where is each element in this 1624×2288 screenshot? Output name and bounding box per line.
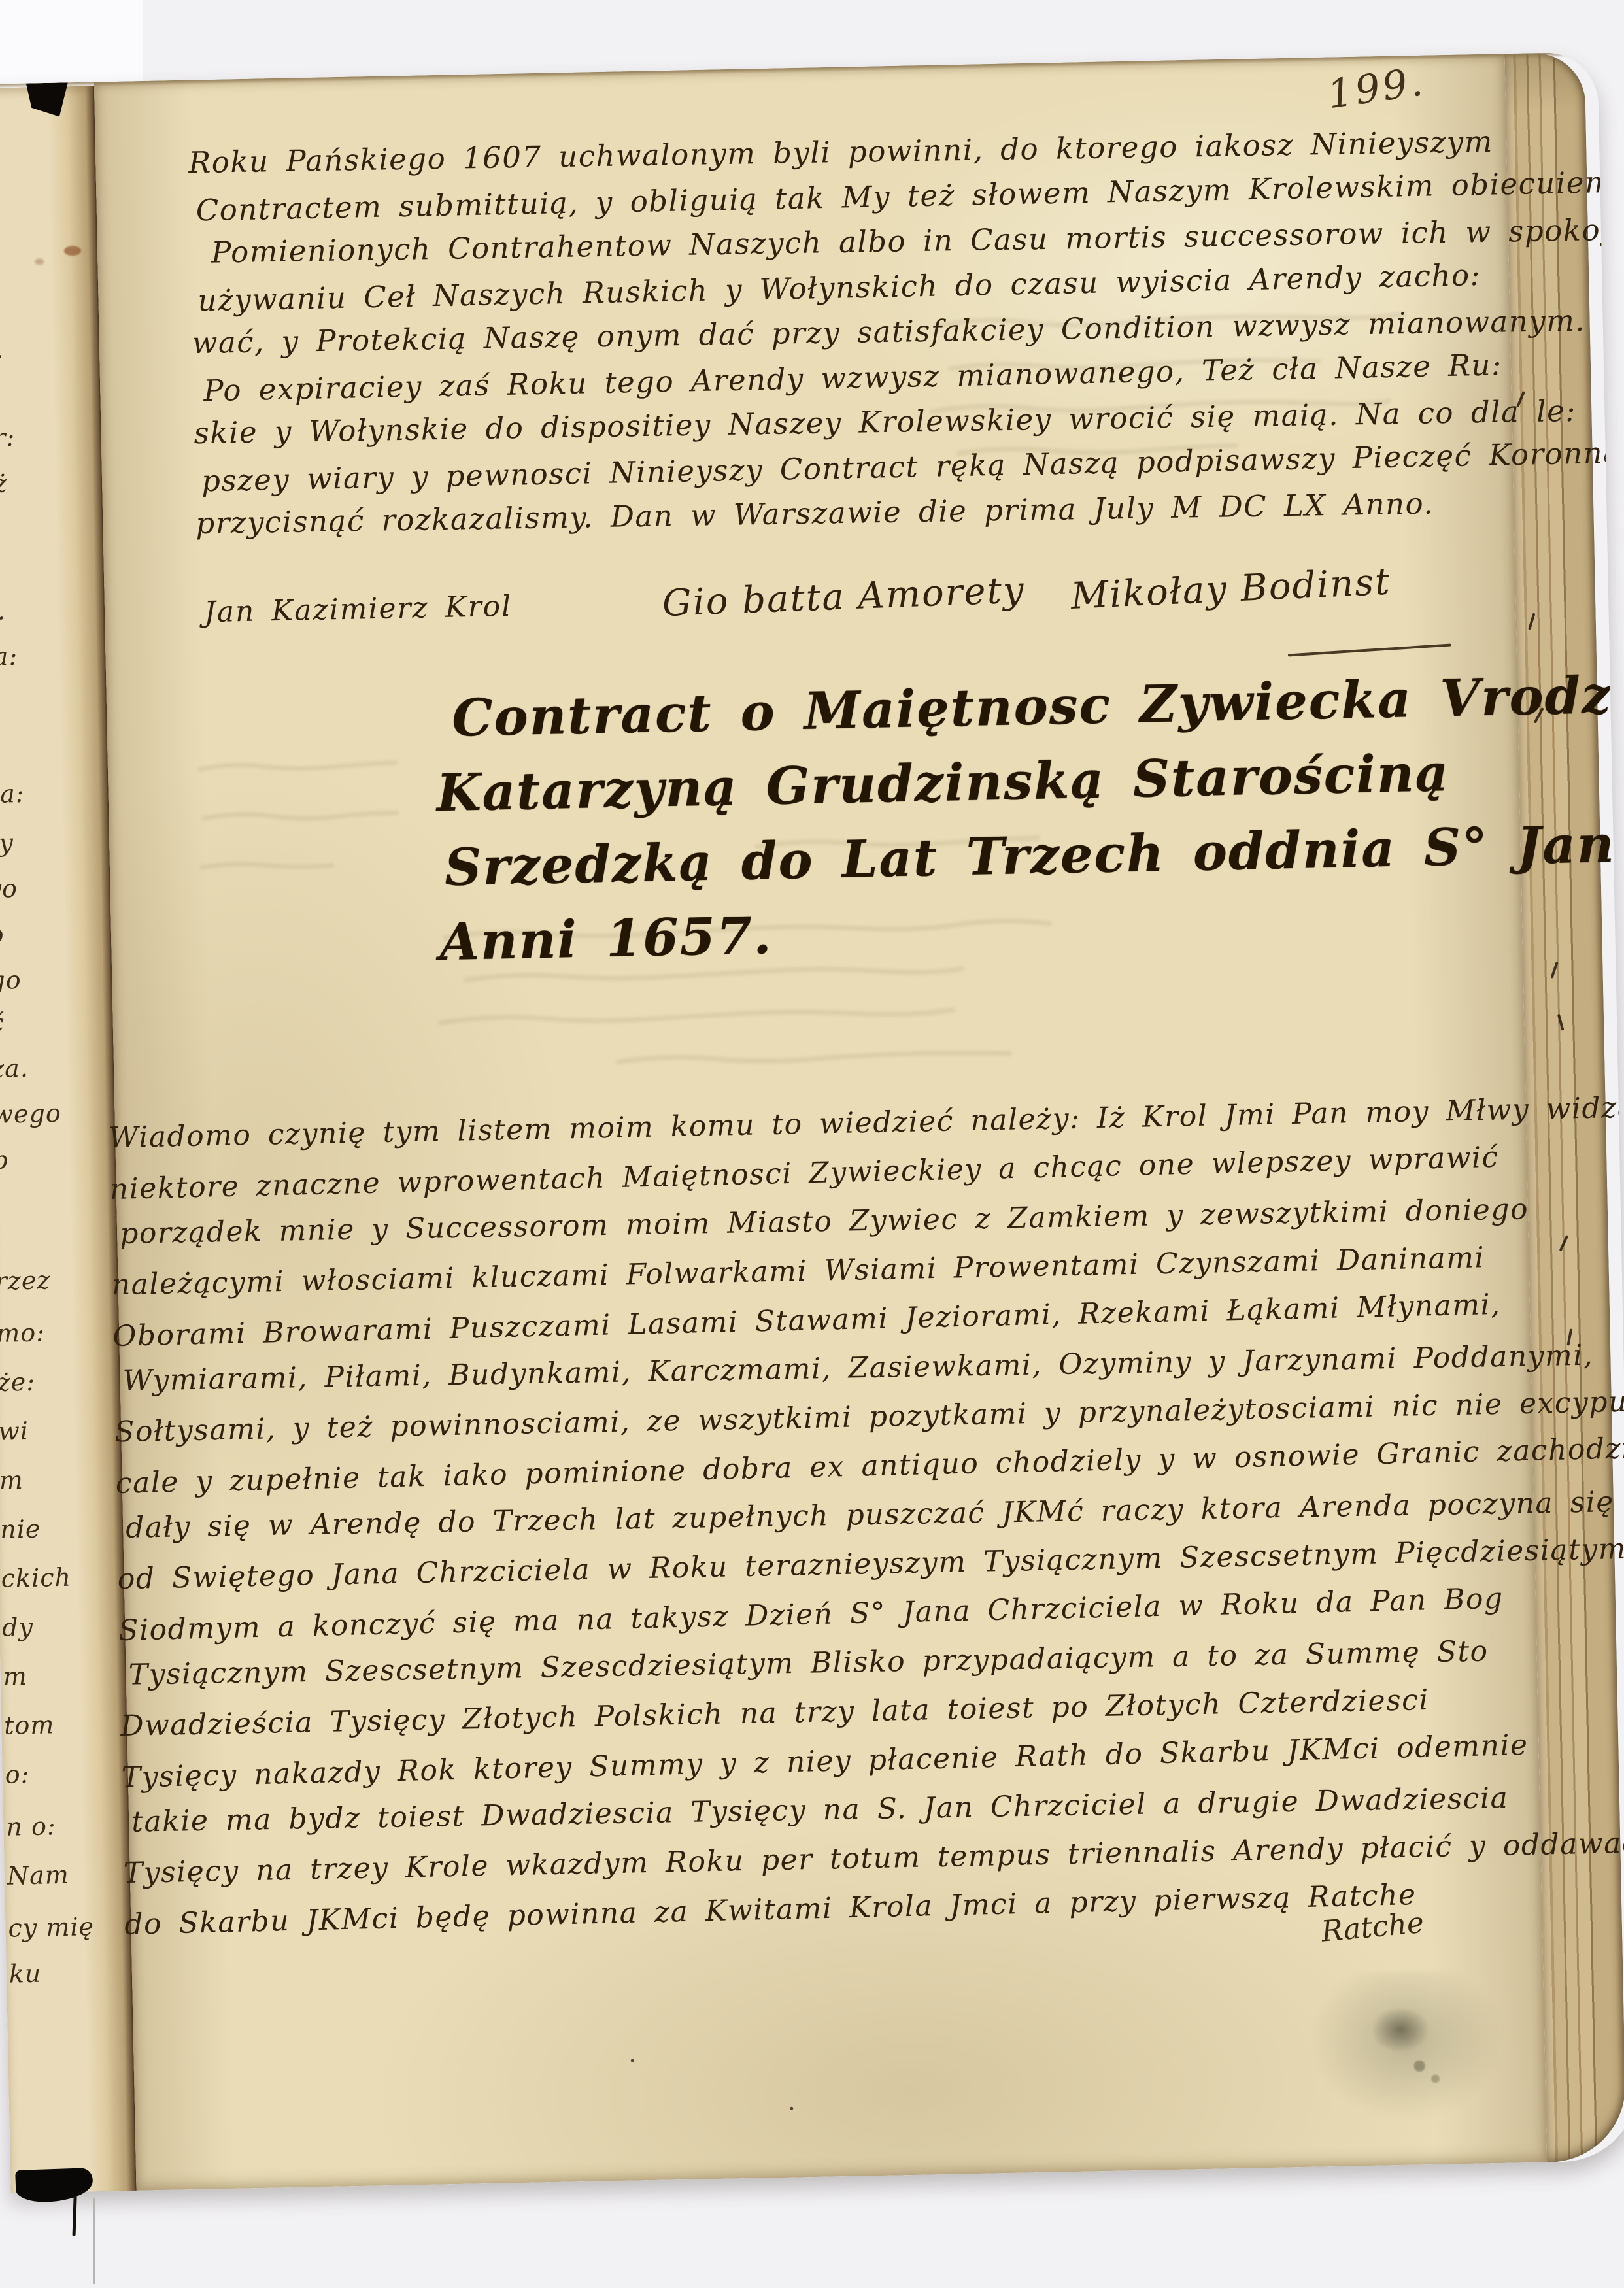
facing-page-fragment: m [0, 1466, 24, 1495]
facing-page-fragment: b [0, 1145, 10, 1174]
facing-page-fragment: ta: [0, 642, 18, 671]
facing-page-fragment: ć [0, 1009, 5, 1037]
scanner-seam-line [93, 2198, 95, 2284]
king-signature: Jan Kazimierz Krol [204, 590, 513, 629]
facing-page-fragment: yo [0, 874, 18, 903]
facing-page-fragment: rzez [0, 1266, 51, 1296]
manuscript-scan: 199. Roku Pańskiego 1607 uchwalonym byli… [0, 0, 1624, 2288]
book-page: 199. Roku Pańskiego 1607 uchwalonym byli… [0, 52, 1624, 2193]
royal-grant-paragraph: Roku Pańskiego 1607 uchwalonym byli powi… [195, 113, 1624, 549]
facing-page-fragment: nie [0, 1515, 41, 1544]
facing-page-fragment: Nam [7, 1860, 69, 1891]
facing-page-fragment: cy mię [8, 1912, 94, 1943]
facing-page-fragment: dy [2, 1613, 34, 1642]
facing-page-fragment: za. [0, 1054, 29, 1083]
scanner-corner-sheet [0, 0, 143, 93]
facing-page-fragment: wego [0, 1099, 61, 1129]
facing-page-fragment: ku [8, 1959, 41, 1989]
paper-speck [790, 2107, 793, 2110]
facing-page-fragment: b [0, 920, 5, 949]
facing-page-fragment: er: [0, 423, 16, 452]
facing-page-fragment: tom [4, 1710, 55, 1740]
facing-page-fragment: va: [0, 779, 25, 809]
facing-page-fragment: go [0, 966, 22, 995]
facing-page-fragment: wi [0, 1417, 29, 1446]
ink-smudge-specks [1408, 2056, 1447, 2089]
ink-smudge [1372, 2008, 1428, 2052]
contract-title: Contract o Maiętnosc Zywiecka VrodzonąKa… [434, 656, 1624, 980]
facing-page-fragment: n o: [6, 1811, 56, 1842]
facing-page-fragment: w. [0, 335, 5, 364]
facing-page-fragment: m [3, 1662, 27, 1691]
facing-page-fragment: mo: [0, 1318, 45, 1347]
facing-page-fragment: ry [0, 828, 14, 858]
paper-speck [631, 2059, 634, 2062]
contract-body-paragraph: Wiadomo czynię tym listem moim komu to w… [109, 1083, 1624, 1947]
facing-page-fragment: że: [0, 1368, 35, 1397]
facing-page-fragment: yż [0, 469, 8, 498]
facing-page-fragment: a. [0, 596, 6, 626]
facing-page-fragment: ckich [1, 1563, 71, 1593]
binding-board-shadow [15, 2168, 93, 2203]
facing-page-fragment: o: [5, 1760, 30, 1789]
